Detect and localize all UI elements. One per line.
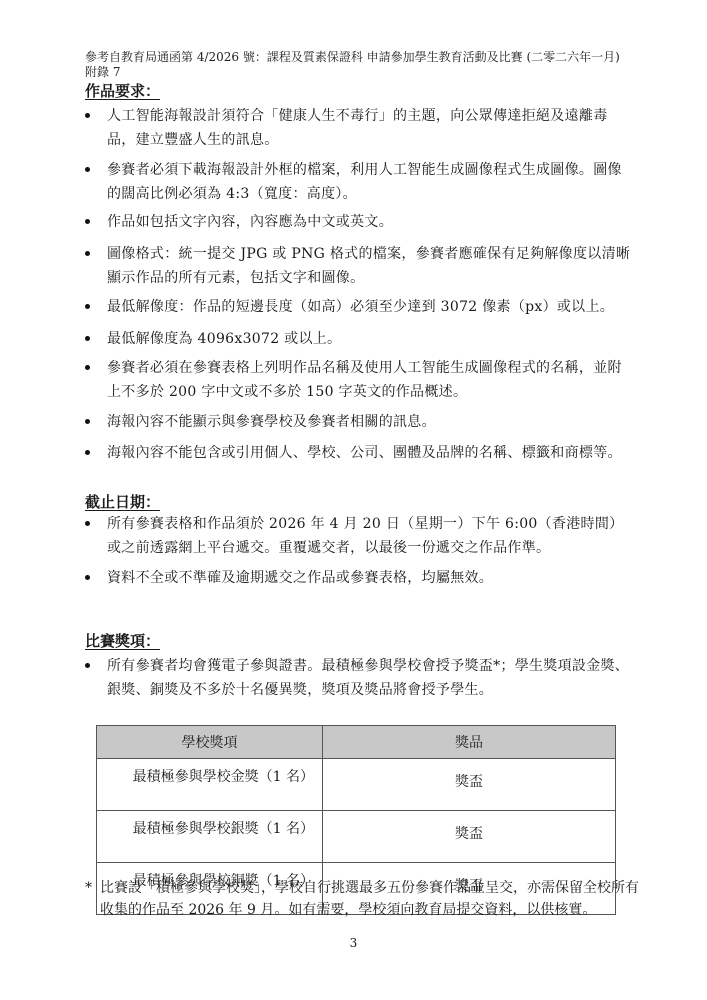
prize-cell: 獎盃 [323, 811, 616, 863]
bullet-icon [85, 365, 90, 370]
list-item: 海報內容不能包含或引用個人、學校、公司、團體及品牌的名稱、標籤和商標等。 [85, 441, 633, 465]
table-header-row: 學校獎項 獎品 [97, 726, 616, 759]
section-heading-awards: 比賽獎項： [85, 632, 160, 650]
bullet-icon [85, 419, 90, 424]
table-row: 最積極參與學校銀獎（1 名） 獎盃 [97, 811, 616, 863]
bullet-icon [85, 219, 90, 224]
table-row: 最積極參與學校金獎（1 名） 獎盃 [97, 759, 616, 811]
prize-cell: 獎盃 [323, 759, 616, 811]
bullet-icon [85, 167, 90, 172]
bullet-icon [85, 251, 90, 256]
section-heading-deadline: 截止日期： [85, 493, 160, 511]
list-item: 最低解像度為 4096x3072 或以上。 [85, 327, 633, 351]
award-name-cell: 最積極參與學校金獎（1 名） [97, 759, 323, 811]
bullet-icon [85, 663, 90, 668]
column-header-school-award: 學校獎項 [97, 726, 323, 759]
list-item: 參賽者必須在參賽表格上列明作品名稱及使用人工智能生成圖像程式的名稱，並附上不多於… [85, 356, 633, 404]
page-number: 3 [0, 936, 707, 950]
list-item: 作品如包括文字內容，內容應為中文或英文。 [85, 210, 633, 234]
list-item: 資料不全或不準確及逾期遞交之作品或參賽表格，均屬無效。 [85, 566, 633, 590]
bullet-icon [85, 575, 90, 580]
bullet-icon [85, 113, 90, 118]
document-page: 參考自教育局通函第 4/2026 號：課程及質素保證科 申請參加學生教育活動及比… [0, 0, 707, 1000]
list-item: 人工智能海報設計須符合「健康人生不毒行」的主題，向公眾傳達拒絕及遠離毒品，建立豐… [85, 104, 633, 152]
section-heading-requirements: 作品要求： [85, 82, 160, 100]
list-item: 所有參賽表格和作品須於 2026 年 4 月 20 日（星期一）下午 6:00（… [85, 512, 633, 560]
circular-reference-header: 參考自教育局通函第 4/2026 號：課程及質素保證科 申請參加學生教育活動及比… [85, 50, 645, 65]
bullet-icon [85, 521, 90, 526]
footnote-text: 比賽設「積極參與學校獎」，學校自行挑選最多五份參賽作品並呈交，亦需保留全校所有收… [100, 877, 645, 921]
bullet-icon [85, 336, 90, 341]
list-item: 海報內容不能顯示與參賽學校及參賽者相關的訊息。 [85, 410, 633, 434]
footnote-marker: * [85, 877, 92, 899]
award-name-cell: 最積極參與學校銀獎（1 名） [97, 811, 323, 863]
appendix-label: 附錄 7 [85, 65, 645, 80]
list-item: 所有參賽者均會獲電子參與證書。最積極參與學校會授予獎盃*；學生獎項設金獎、銀獎、… [85, 654, 633, 702]
column-header-prize: 獎品 [323, 726, 616, 759]
list-item: 圖像格式：統一提交 JPG 或 PNG 格式的檔案，參賽者應確保有足夠解像度以清… [85, 242, 633, 290]
bullet-icon [85, 304, 90, 309]
bullet-icon [85, 450, 90, 455]
list-item: 參賽者必須下載海報設計外框的檔案，利用人工智能生成圖像程式生成圖像。圖像的闊高比… [85, 158, 633, 206]
footnote: * 比賽設「積極參與學校獎」，學校自行挑選最多五份參賽作品並呈交，亦需保留全校所… [85, 877, 645, 921]
list-item: 最低解像度：作品的短邊長度（如高）必須至少達到 3072 像素（px）或以上。 [85, 295, 633, 319]
